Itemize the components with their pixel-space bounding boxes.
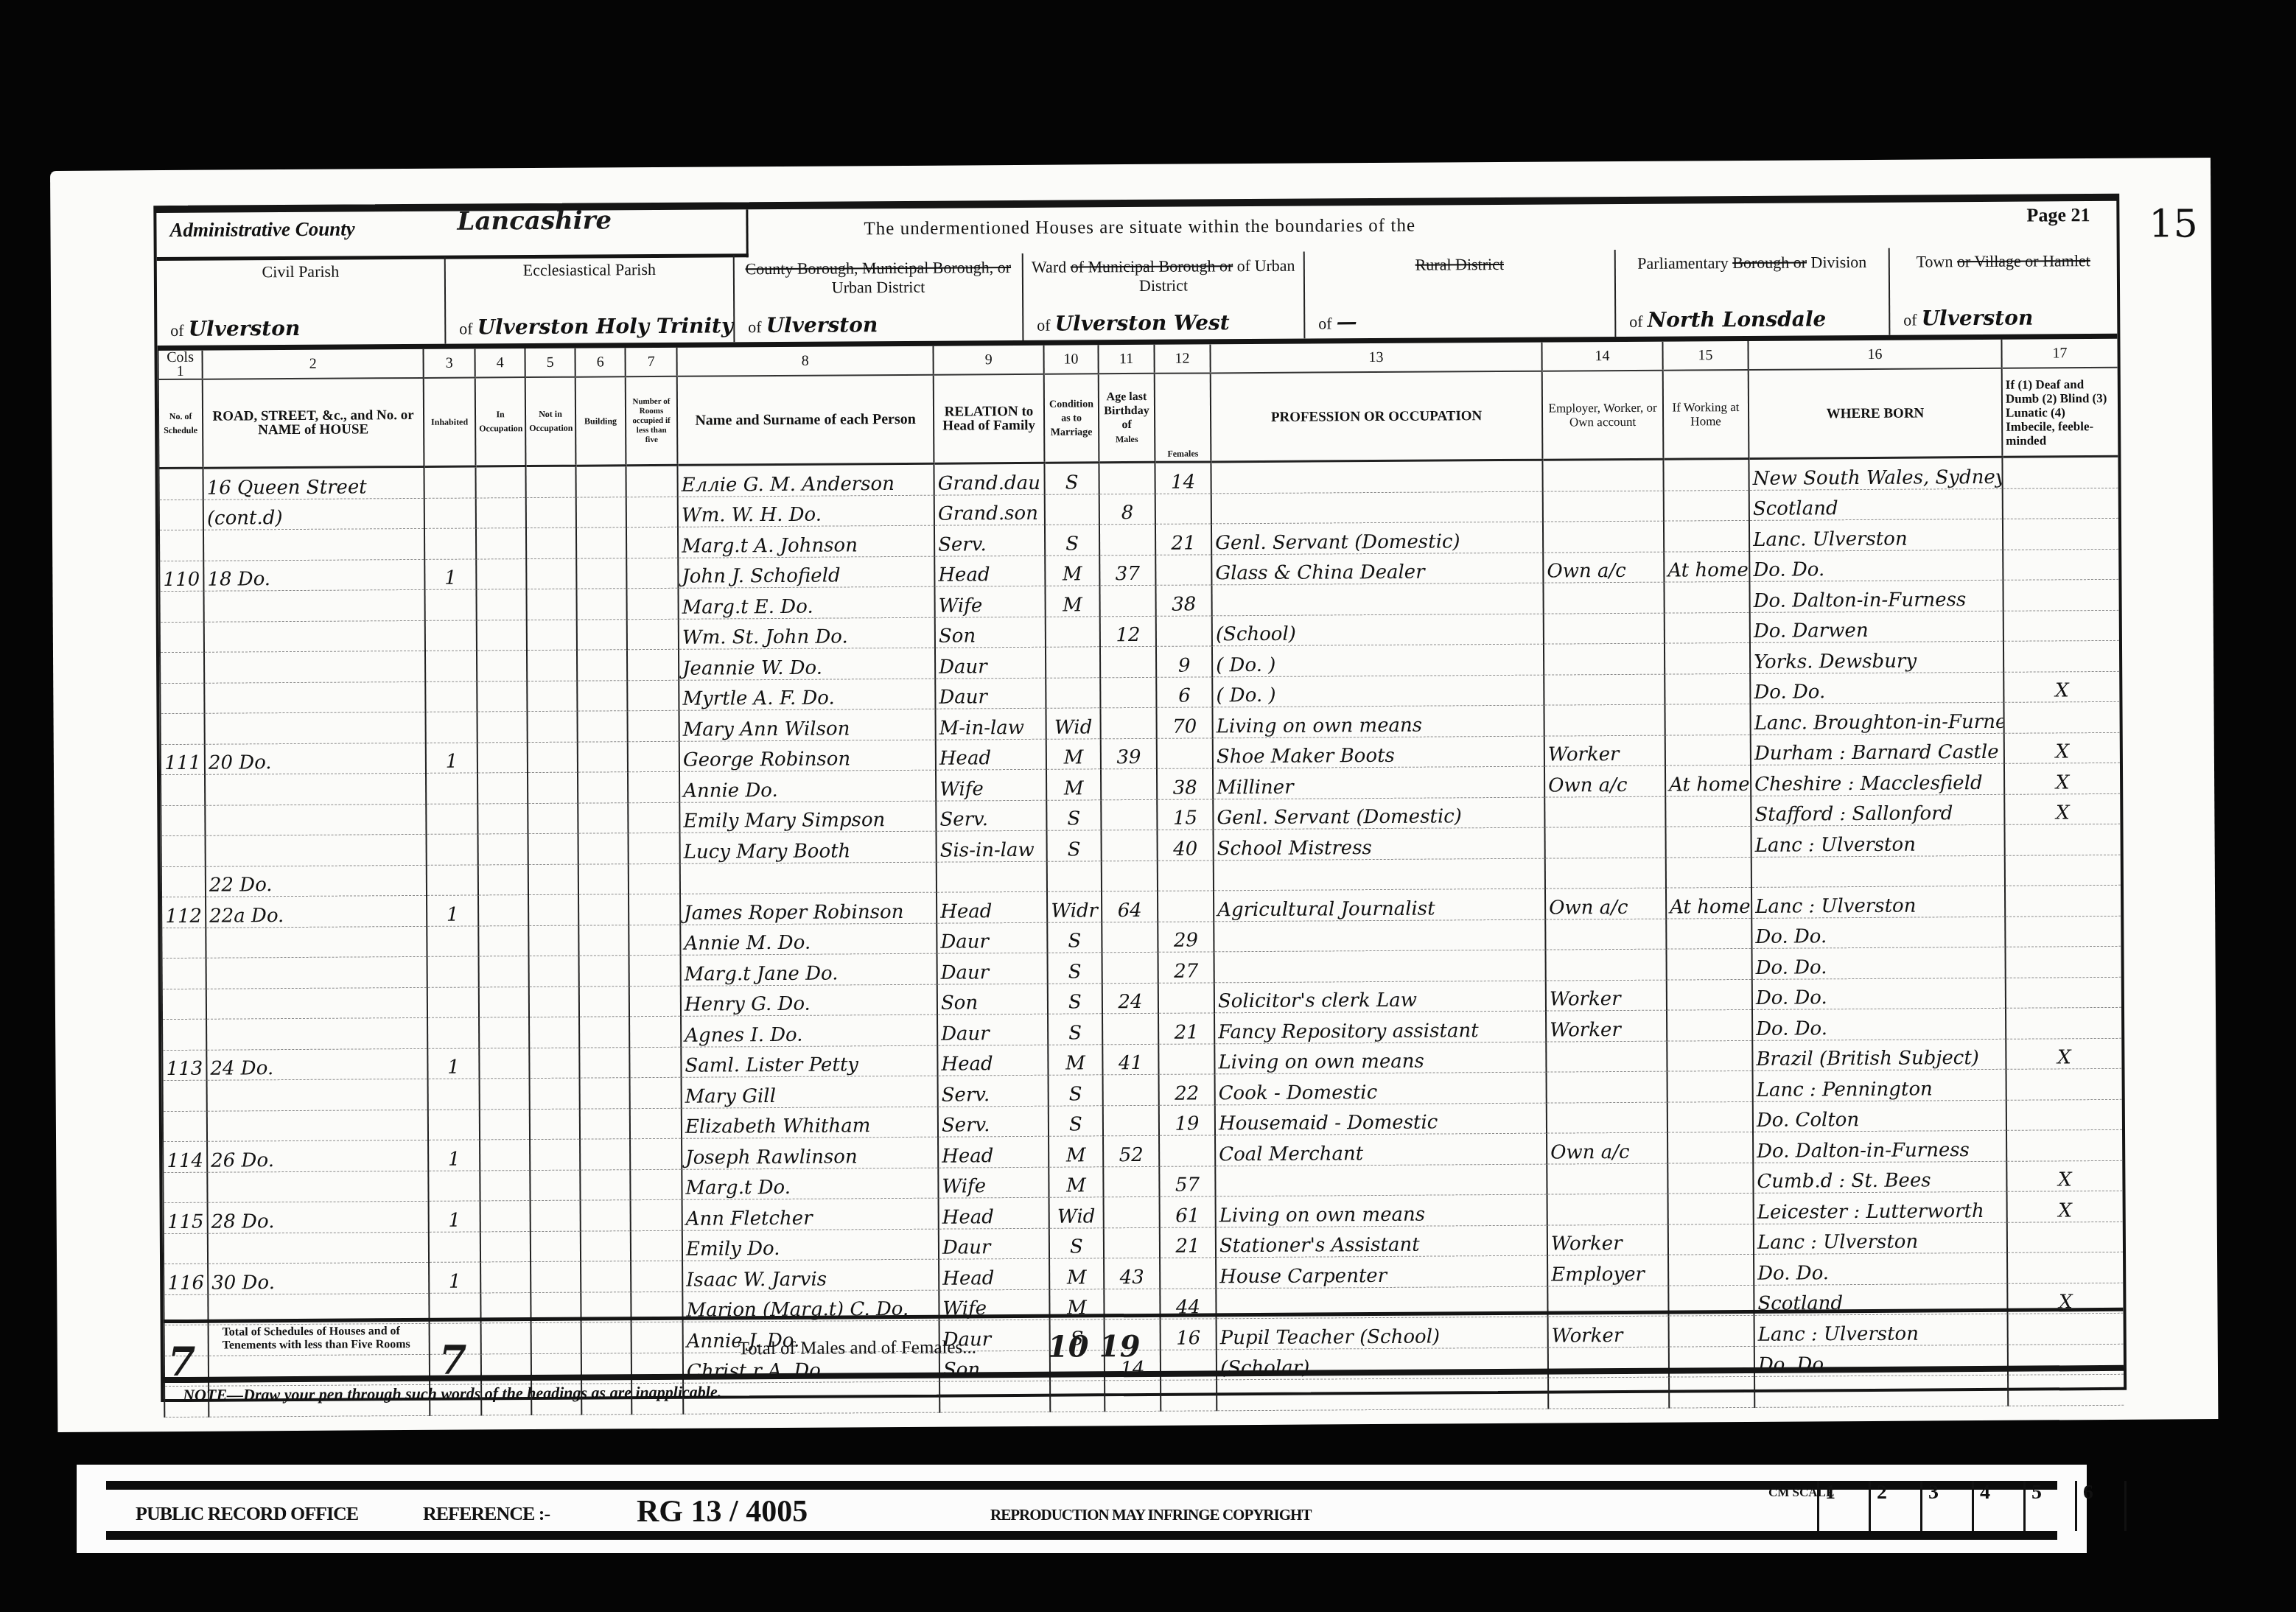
cell-employer bbox=[1547, 1102, 1667, 1134]
cell-male-age: 8 bbox=[1099, 494, 1155, 525]
cell-at-home bbox=[1667, 1009, 1752, 1040]
cell-employer bbox=[1547, 1071, 1667, 1103]
total-schedules: 7 bbox=[168, 1338, 196, 1385]
cell-address: 20 Do. bbox=[205, 743, 426, 774]
cell-condition: S bbox=[1048, 953, 1102, 984]
cell-building bbox=[578, 925, 629, 956]
cell-in-occupation bbox=[480, 1109, 530, 1140]
reference-label: REFERENCE :- bbox=[423, 1503, 550, 1525]
cell-at-home bbox=[1665, 642, 1750, 673]
cell-occupation: Coal Merchant bbox=[1215, 1133, 1547, 1166]
footer-rule-bottom bbox=[106, 1531, 2057, 1540]
cell-infirmity: X bbox=[2007, 1191, 2123, 1222]
cell-rooms bbox=[626, 588, 678, 619]
cell-infirmity bbox=[2003, 701, 2119, 732]
cell-where-born: Do. Do. bbox=[1749, 550, 2003, 582]
cell-rooms bbox=[627, 619, 679, 650]
cell-condition bbox=[1046, 677, 1100, 708]
cell-condition: S bbox=[1049, 1075, 1103, 1106]
cell-schedule bbox=[161, 928, 206, 959]
total-schedules-label: Total of Schedules of Houses and of Tene… bbox=[223, 1325, 436, 1353]
cell-address: (cont.d) bbox=[203, 498, 424, 530]
cell-infirmity bbox=[2004, 824, 2120, 855]
scale-mark: 5 bbox=[2023, 1481, 2075, 1531]
town-value: Ulverston bbox=[1921, 306, 2033, 331]
cell-occupation bbox=[1217, 1378, 1548, 1410]
cell-infirmity bbox=[2006, 1099, 2122, 1130]
cell-inhabited bbox=[427, 834, 478, 865]
cell-occupation bbox=[1211, 460, 1542, 493]
cell-inhabited bbox=[425, 620, 477, 651]
cell-female-age: 38 bbox=[1155, 585, 1211, 616]
page-number: 21 bbox=[2071, 204, 2090, 225]
cell-where-born: Do. Dalton-in-Furness bbox=[1749, 580, 2003, 612]
cell-building bbox=[579, 956, 629, 987]
cell-relation: Daur bbox=[935, 647, 1046, 678]
cell-address bbox=[205, 804, 426, 835]
cell-where-born: Lanc : Ulverston bbox=[1751, 886, 2005, 918]
col-address: ROAD, STREET, &c., and No. or NAME of HO… bbox=[203, 378, 424, 468]
cell-address bbox=[206, 987, 427, 1019]
census-form: Administrative County Lancashire The und… bbox=[153, 194, 2127, 1402]
cell-not-in-occupation bbox=[528, 742, 578, 773]
cell-male-age: 41 bbox=[1102, 1044, 1158, 1075]
cell-rooms bbox=[629, 1047, 681, 1078]
cell-where-born: Do. Do. bbox=[1752, 978, 2006, 1010]
cell-schedule: 113 bbox=[162, 1050, 206, 1081]
ecclesiastical-parish: Ecclesiastical Parish ofUlverston Holy T… bbox=[446, 255, 735, 343]
totals-row: 7 Total of Schedules of Houses and of Te… bbox=[164, 1308, 2124, 1383]
cell-female-age bbox=[1161, 1380, 1217, 1411]
cell-at-home bbox=[1664, 581, 1749, 612]
cell-address bbox=[204, 620, 425, 652]
cell-inhabited bbox=[428, 1079, 480, 1110]
cell-occupation: Living on own means bbox=[1216, 1194, 1547, 1227]
cell-schedule bbox=[163, 1111, 207, 1142]
col-relation: RELATION to Head of Family bbox=[934, 374, 1045, 463]
cell-infirmity bbox=[2003, 518, 2118, 549]
cell-male-age bbox=[1100, 707, 1156, 738]
cell-occupation bbox=[1215, 1164, 1547, 1196]
cell-male-age: 24 bbox=[1102, 983, 1158, 1014]
cell-infirmity bbox=[2006, 977, 2121, 1008]
cell-male-age bbox=[1102, 952, 1158, 983]
cell-female-age: 21 bbox=[1158, 1013, 1214, 1044]
cell-inhabited bbox=[429, 1231, 480, 1262]
cell-employer: Worker bbox=[1544, 735, 1665, 767]
col-inhabited: Inhabited bbox=[424, 377, 476, 466]
cell-building bbox=[580, 1078, 630, 1109]
cell-infirmity bbox=[2003, 610, 2119, 641]
cell-relation: Serv. bbox=[938, 1106, 1049, 1137]
cell-employer: Own a/c bbox=[1543, 552, 1664, 584]
cell-not-in-occupation bbox=[526, 558, 576, 589]
cell-where-born: Durham : Barnard Castle bbox=[1751, 733, 2004, 765]
cell-rooms bbox=[631, 1230, 682, 1261]
page-label: Page 21 bbox=[2026, 204, 2090, 227]
cell-relation: Daur bbox=[935, 678, 1046, 709]
cell-building bbox=[577, 711, 627, 742]
cell-in-occupation bbox=[479, 1017, 529, 1048]
cell-condition: M bbox=[1049, 1136, 1103, 1167]
ward-value: Ulverston West bbox=[1055, 310, 1230, 335]
cell-address bbox=[206, 834, 427, 866]
cell-rooms bbox=[630, 1077, 682, 1108]
cell-address: 30 Do. bbox=[208, 1262, 429, 1294]
cell-not-in-occupation bbox=[526, 497, 576, 528]
cell-where-born: Scotland bbox=[1749, 488, 2003, 521]
cell-employer bbox=[1544, 613, 1665, 645]
cell-in-occupation bbox=[479, 987, 529, 1017]
cell-condition bbox=[1046, 616, 1100, 647]
cell-schedule bbox=[161, 805, 205, 836]
town: Town or Village or Hamlet ofUlverston bbox=[1890, 247, 2118, 335]
cell-in-occupation bbox=[477, 681, 527, 712]
division-row: Civil Parish ofUlverston Ecclesiastical … bbox=[157, 247, 2118, 351]
cell-address: 22 Do. bbox=[206, 865, 427, 897]
col-at-home: If Working at Home bbox=[1663, 370, 1749, 459]
cell-not-in-occupation bbox=[526, 589, 576, 620]
cell-not-in-occupation bbox=[531, 1200, 581, 1231]
cell-schedule bbox=[161, 774, 205, 805]
cell-at-home bbox=[1665, 735, 1751, 765]
cell-at-home bbox=[1669, 1376, 1754, 1407]
col-occupation: PROFESSION OR OCCUPATION bbox=[1211, 371, 1543, 462]
cell-occupation bbox=[1211, 583, 1543, 615]
cell-in-occupation bbox=[478, 834, 528, 865]
cell-female-age: 22 bbox=[1159, 1074, 1215, 1105]
cell-employer: Own a/c bbox=[1544, 765, 1665, 797]
cell-female-age: 6 bbox=[1156, 676, 1212, 707]
cell-schedule bbox=[159, 530, 203, 561]
cell-not-in-occupation bbox=[530, 1078, 580, 1109]
cell-occupation: ( Do. ) bbox=[1212, 644, 1544, 676]
cell-occupation: Fancy Repository assistant bbox=[1214, 1011, 1546, 1043]
cell-female-age bbox=[1156, 615, 1212, 646]
cell-female-age bbox=[1159, 1135, 1215, 1166]
cell-condition: S bbox=[1049, 1105, 1103, 1136]
cell-inhabited bbox=[426, 803, 477, 834]
cell-female-age: 29 bbox=[1158, 921, 1214, 952]
cell-not-in-occupation bbox=[530, 1139, 580, 1170]
cell-address bbox=[207, 1079, 428, 1110]
cell-infirmity bbox=[2005, 855, 2121, 886]
cell-building bbox=[580, 1108, 630, 1139]
cell-infirmity bbox=[2005, 885, 2121, 916]
cell-male-age bbox=[1102, 1013, 1158, 1044]
cell-relation: Wife bbox=[936, 769, 1046, 800]
cell-relation: Daur bbox=[937, 953, 1048, 984]
cell-at-home bbox=[1667, 979, 1752, 1010]
cell-not-in-occupation bbox=[531, 1261, 581, 1292]
cell-not-in-occupation bbox=[528, 925, 578, 956]
cell-in-occupation bbox=[479, 1048, 529, 1079]
cell-rooms bbox=[627, 710, 679, 741]
cell-female-age: 61 bbox=[1160, 1196, 1216, 1227]
cell-employer bbox=[1546, 1041, 1667, 1073]
cell-at-home bbox=[1664, 520, 1749, 551]
total-males: 10 bbox=[1048, 1329, 1089, 1364]
cell-occupation: Living on own means bbox=[1212, 705, 1544, 737]
cell-name: Annie M. Do. bbox=[680, 923, 937, 956]
col-condition: Condition as to Marriage bbox=[1044, 374, 1099, 463]
cell-schedule bbox=[160, 652, 204, 683]
cell-occupation: Stationer's Assistant bbox=[1216, 1225, 1547, 1258]
cell-condition bbox=[1046, 647, 1100, 678]
cm-scale: 1 2 3 4 5 6 bbox=[1817, 1481, 2127, 1531]
cell-rooms bbox=[626, 527, 678, 558]
cell-male-age bbox=[1099, 524, 1155, 555]
cell-condition bbox=[1047, 861, 1102, 891]
cell-building bbox=[575, 466, 626, 497]
cell-inhabited: 1 bbox=[429, 1262, 480, 1293]
cell-relation: Serv. bbox=[936, 800, 1046, 831]
cell-male-age bbox=[1103, 1074, 1159, 1105]
cell-male-age bbox=[1103, 1105, 1159, 1136]
cell-name: Emily Do. bbox=[682, 1229, 939, 1261]
cell-condition: Wid bbox=[1049, 1197, 1104, 1228]
cell-infirmity: X bbox=[2006, 1160, 2122, 1191]
cell-infirmity bbox=[2005, 916, 2121, 947]
copyright-notice: REPRODUCTION MAY INFRINGE COPYRIGHT bbox=[990, 1506, 1311, 1524]
cell-rooms bbox=[629, 863, 680, 894]
cell-condition: S bbox=[1048, 1014, 1102, 1045]
cell-inhabited: 1 bbox=[427, 895, 478, 926]
cell-male-age bbox=[1103, 1166, 1159, 1197]
cell-where-born: Lanc : Pennington bbox=[1753, 1069, 2006, 1101]
cell-building bbox=[581, 1230, 631, 1261]
cell-address: 26 Do. bbox=[207, 1140, 428, 1171]
cell-building bbox=[581, 1200, 631, 1231]
col-infirmity: If (1) Deaf and Dumb (2) Blind (3) Lunat… bbox=[2002, 368, 2118, 457]
cell-female-age: 70 bbox=[1156, 707, 1212, 738]
cell-condition: M bbox=[1045, 586, 1099, 617]
cell-not-in-occupation bbox=[527, 620, 577, 651]
cell-condition: S bbox=[1046, 830, 1101, 861]
cell-inhabited bbox=[427, 956, 479, 987]
cell-in-occupation bbox=[480, 1140, 530, 1171]
cell-building bbox=[577, 619, 627, 650]
cell-relation: Head bbox=[939, 1197, 1049, 1228]
cell-in-occupation bbox=[480, 1079, 530, 1110]
cell-where-born: Do. Do. bbox=[1752, 1008, 2006, 1040]
cell-at-home: At home bbox=[1665, 765, 1751, 796]
cell-not-in-occupation bbox=[528, 833, 578, 864]
cell-employer: Employer bbox=[1547, 1255, 1668, 1286]
admin-county-label: Administrative County bbox=[169, 217, 354, 242]
cell-female-age bbox=[1157, 737, 1213, 768]
cell-where-born: Do. Do. bbox=[1751, 917, 2005, 949]
cell-condition: M bbox=[1049, 1258, 1104, 1289]
cell-female-age: 40 bbox=[1157, 830, 1213, 861]
cell-rooms bbox=[629, 955, 681, 986]
cell-relation: Sis-in-law bbox=[936, 830, 1046, 861]
cell-male-age: 64 bbox=[1102, 891, 1158, 922]
col-females: Females bbox=[1155, 373, 1211, 462]
cell-where-born: New South Wales, Sydney bbox=[1749, 457, 2002, 490]
cell-name: Elizabeth Whitham bbox=[682, 1107, 938, 1139]
cell-name bbox=[683, 1381, 939, 1414]
cell-in-occupation bbox=[479, 956, 529, 987]
cell-female-age bbox=[1160, 1258, 1216, 1289]
cell-relation: Head bbox=[937, 1045, 1048, 1076]
cell-schedule bbox=[160, 622, 204, 653]
cell-employer bbox=[1542, 459, 1663, 491]
cell-infirmity bbox=[2006, 1068, 2121, 1099]
cell-building bbox=[579, 986, 629, 1017]
parliamentary-division-value: North Lonsdale bbox=[1648, 306, 1827, 332]
cell-rooms bbox=[628, 802, 679, 833]
cell-name: Myrtle A. F. Do. bbox=[679, 679, 935, 711]
cell-occupation: House Carpenter bbox=[1216, 1255, 1547, 1288]
cell-building bbox=[579, 1017, 629, 1048]
cell-inhabited bbox=[427, 987, 479, 1017]
record-office: PUBLIC RECORD OFFICE bbox=[136, 1503, 358, 1525]
cell-inhabited: 1 bbox=[428, 1140, 480, 1171]
footer-rule-top bbox=[106, 1481, 2057, 1490]
cell-occupation: Genl. Servant (Domestic) bbox=[1211, 522, 1543, 554]
cell-schedule: 114 bbox=[163, 1141, 207, 1172]
cell-employer: Own a/c bbox=[1547, 1132, 1667, 1164]
cell-condition: S bbox=[1045, 525, 1099, 556]
cell-relation: Head bbox=[934, 556, 1045, 586]
cell-in-occupation bbox=[480, 1231, 531, 1262]
col-in-occupation: In Occupation bbox=[475, 377, 526, 466]
cell-inhabited bbox=[424, 589, 476, 620]
cell-address bbox=[203, 589, 424, 621]
cell-building bbox=[580, 1169, 630, 1200]
cell-infirmity: X bbox=[2004, 732, 2120, 763]
cell-name: John J. Schofield bbox=[678, 556, 934, 589]
cell-employer: Worker bbox=[1546, 1010, 1667, 1042]
cell-occupation: School Mistress bbox=[1213, 827, 1544, 860]
cell-address bbox=[206, 926, 427, 958]
cell-infirmity bbox=[2005, 946, 2121, 977]
cell-at-home bbox=[1666, 948, 1751, 979]
cell-at-home bbox=[1668, 1224, 1754, 1255]
cell-in-occupation bbox=[477, 712, 527, 743]
cell-name: Henry G. Do. bbox=[681, 984, 937, 1017]
census-sheet: 15 Administrative County Lancashire The … bbox=[50, 158, 2218, 1432]
cell-where-born: Lanc. Broughton-in-Furness bbox=[1750, 702, 2003, 735]
cell-rooms bbox=[630, 1108, 682, 1139]
cell-where-born: Do. Darwen bbox=[1750, 611, 2003, 643]
cell-building bbox=[578, 833, 629, 864]
cell-in-occupation bbox=[478, 895, 528, 926]
cell-condition: S bbox=[1048, 983, 1102, 1014]
cell-female-age: 15 bbox=[1157, 799, 1213, 830]
cell-address: 18 Do. bbox=[203, 559, 424, 591]
cell-occupation bbox=[1214, 919, 1545, 952]
cell-address bbox=[206, 956, 427, 988]
cell-address bbox=[203, 528, 424, 560]
cell-not-in-occupation bbox=[526, 528, 576, 558]
civil-parish: Civil Parish ofUlverston bbox=[157, 257, 447, 346]
cell-occupation: Living on own means bbox=[1214, 1042, 1546, 1074]
cell-inhabited bbox=[424, 497, 476, 528]
cell-condition: S bbox=[1047, 922, 1102, 953]
cell-at-home bbox=[1666, 857, 1751, 888]
cell-name: Ann Fletcher bbox=[682, 1198, 939, 1230]
cell-male-age bbox=[1101, 768, 1157, 799]
cell-where-born: Do. Do. bbox=[1750, 672, 2003, 704]
cell-building bbox=[576, 528, 626, 558]
cell-name: Marg.t Jane Do. bbox=[681, 953, 937, 986]
cell-in-occupation bbox=[477, 773, 528, 804]
cell-schedule bbox=[162, 958, 206, 989]
cell-inhabited bbox=[428, 1170, 480, 1201]
cell-male-age bbox=[1100, 646, 1156, 677]
cell-rooms bbox=[629, 986, 681, 1017]
cell-infirmity bbox=[2008, 1374, 2124, 1405]
cell-where-born: Cumb.d : St. Bees bbox=[1753, 1161, 2006, 1194]
cell-employer bbox=[1544, 827, 1665, 858]
cell-infirmity bbox=[2003, 579, 2118, 610]
cell-rooms bbox=[629, 1016, 681, 1047]
cell-rooms bbox=[627, 680, 679, 711]
col-males: Age last Birthday ofMales bbox=[1099, 374, 1155, 463]
cell-female-age: 57 bbox=[1159, 1166, 1215, 1196]
col-rooms: Number of Rooms occupied if less than fi… bbox=[626, 376, 678, 466]
admin-county-value: Lancashire bbox=[457, 206, 612, 236]
cell-infirmity bbox=[2006, 1129, 2122, 1160]
cell-female-age bbox=[1155, 493, 1211, 524]
cell-infirmity bbox=[2003, 549, 2118, 580]
cell-building bbox=[577, 680, 627, 711]
cell-rooms bbox=[626, 497, 678, 528]
cell-at-home bbox=[1665, 612, 1750, 643]
cell-employer bbox=[1547, 1163, 1667, 1195]
cell-in-occupation bbox=[478, 864, 528, 895]
cell-name: Lucy Mary Booth bbox=[680, 831, 937, 863]
cell-female-age: 38 bbox=[1157, 768, 1213, 799]
cell-name: George Robinson bbox=[679, 740, 936, 772]
cell-relation: Head bbox=[938, 1136, 1049, 1167]
cell-schedule bbox=[159, 591, 203, 622]
cell-male-age: 37 bbox=[1099, 555, 1155, 586]
cell-at-home bbox=[1664, 490, 1749, 521]
cell-in-occupation bbox=[476, 528, 526, 559]
cell-condition: S bbox=[1046, 799, 1101, 830]
cell-name: Agnes I. Do. bbox=[681, 1014, 937, 1047]
cell-occupation: (School) bbox=[1212, 614, 1544, 646]
cell-infirmity bbox=[2002, 456, 2118, 488]
cell-male-age bbox=[1100, 677, 1156, 708]
cell-employer bbox=[1544, 704, 1665, 736]
cell-relation: Son bbox=[937, 984, 1048, 1014]
cell-male-age: 39 bbox=[1101, 738, 1157, 769]
census-table: Cols 1234567891011121314151617 No. of Sc… bbox=[157, 339, 2124, 1417]
cell-relation: M-in-law bbox=[935, 708, 1046, 739]
cell-female-age: 19 bbox=[1159, 1104, 1215, 1135]
cell-schedule bbox=[163, 1080, 207, 1111]
cell-name: Marg.t A. Johnson bbox=[678, 525, 934, 558]
cell-where-born: Do. Colton bbox=[1753, 1100, 2006, 1132]
cell-female-age: 27 bbox=[1158, 952, 1214, 983]
archive-footer-strip: PUBLIC RECORD OFFICE REFERENCE :- RG 13 … bbox=[77, 1465, 2087, 1553]
col-name: Name and Surname of each Person bbox=[677, 375, 934, 466]
cell-address bbox=[204, 681, 425, 713]
total-females: 19 bbox=[1099, 1329, 1141, 1364]
scale-mark: 6 bbox=[2075, 1481, 2127, 1531]
cell-building bbox=[578, 802, 628, 833]
cell-address bbox=[204, 651, 425, 682]
cell-address bbox=[206, 1017, 427, 1049]
cell-where-born: Leicester : Lutterworth bbox=[1754, 1191, 2007, 1224]
cell-schedule: 111 bbox=[161, 744, 205, 775]
cell-inhabited bbox=[426, 773, 477, 804]
cell-female-age bbox=[1158, 891, 1214, 922]
